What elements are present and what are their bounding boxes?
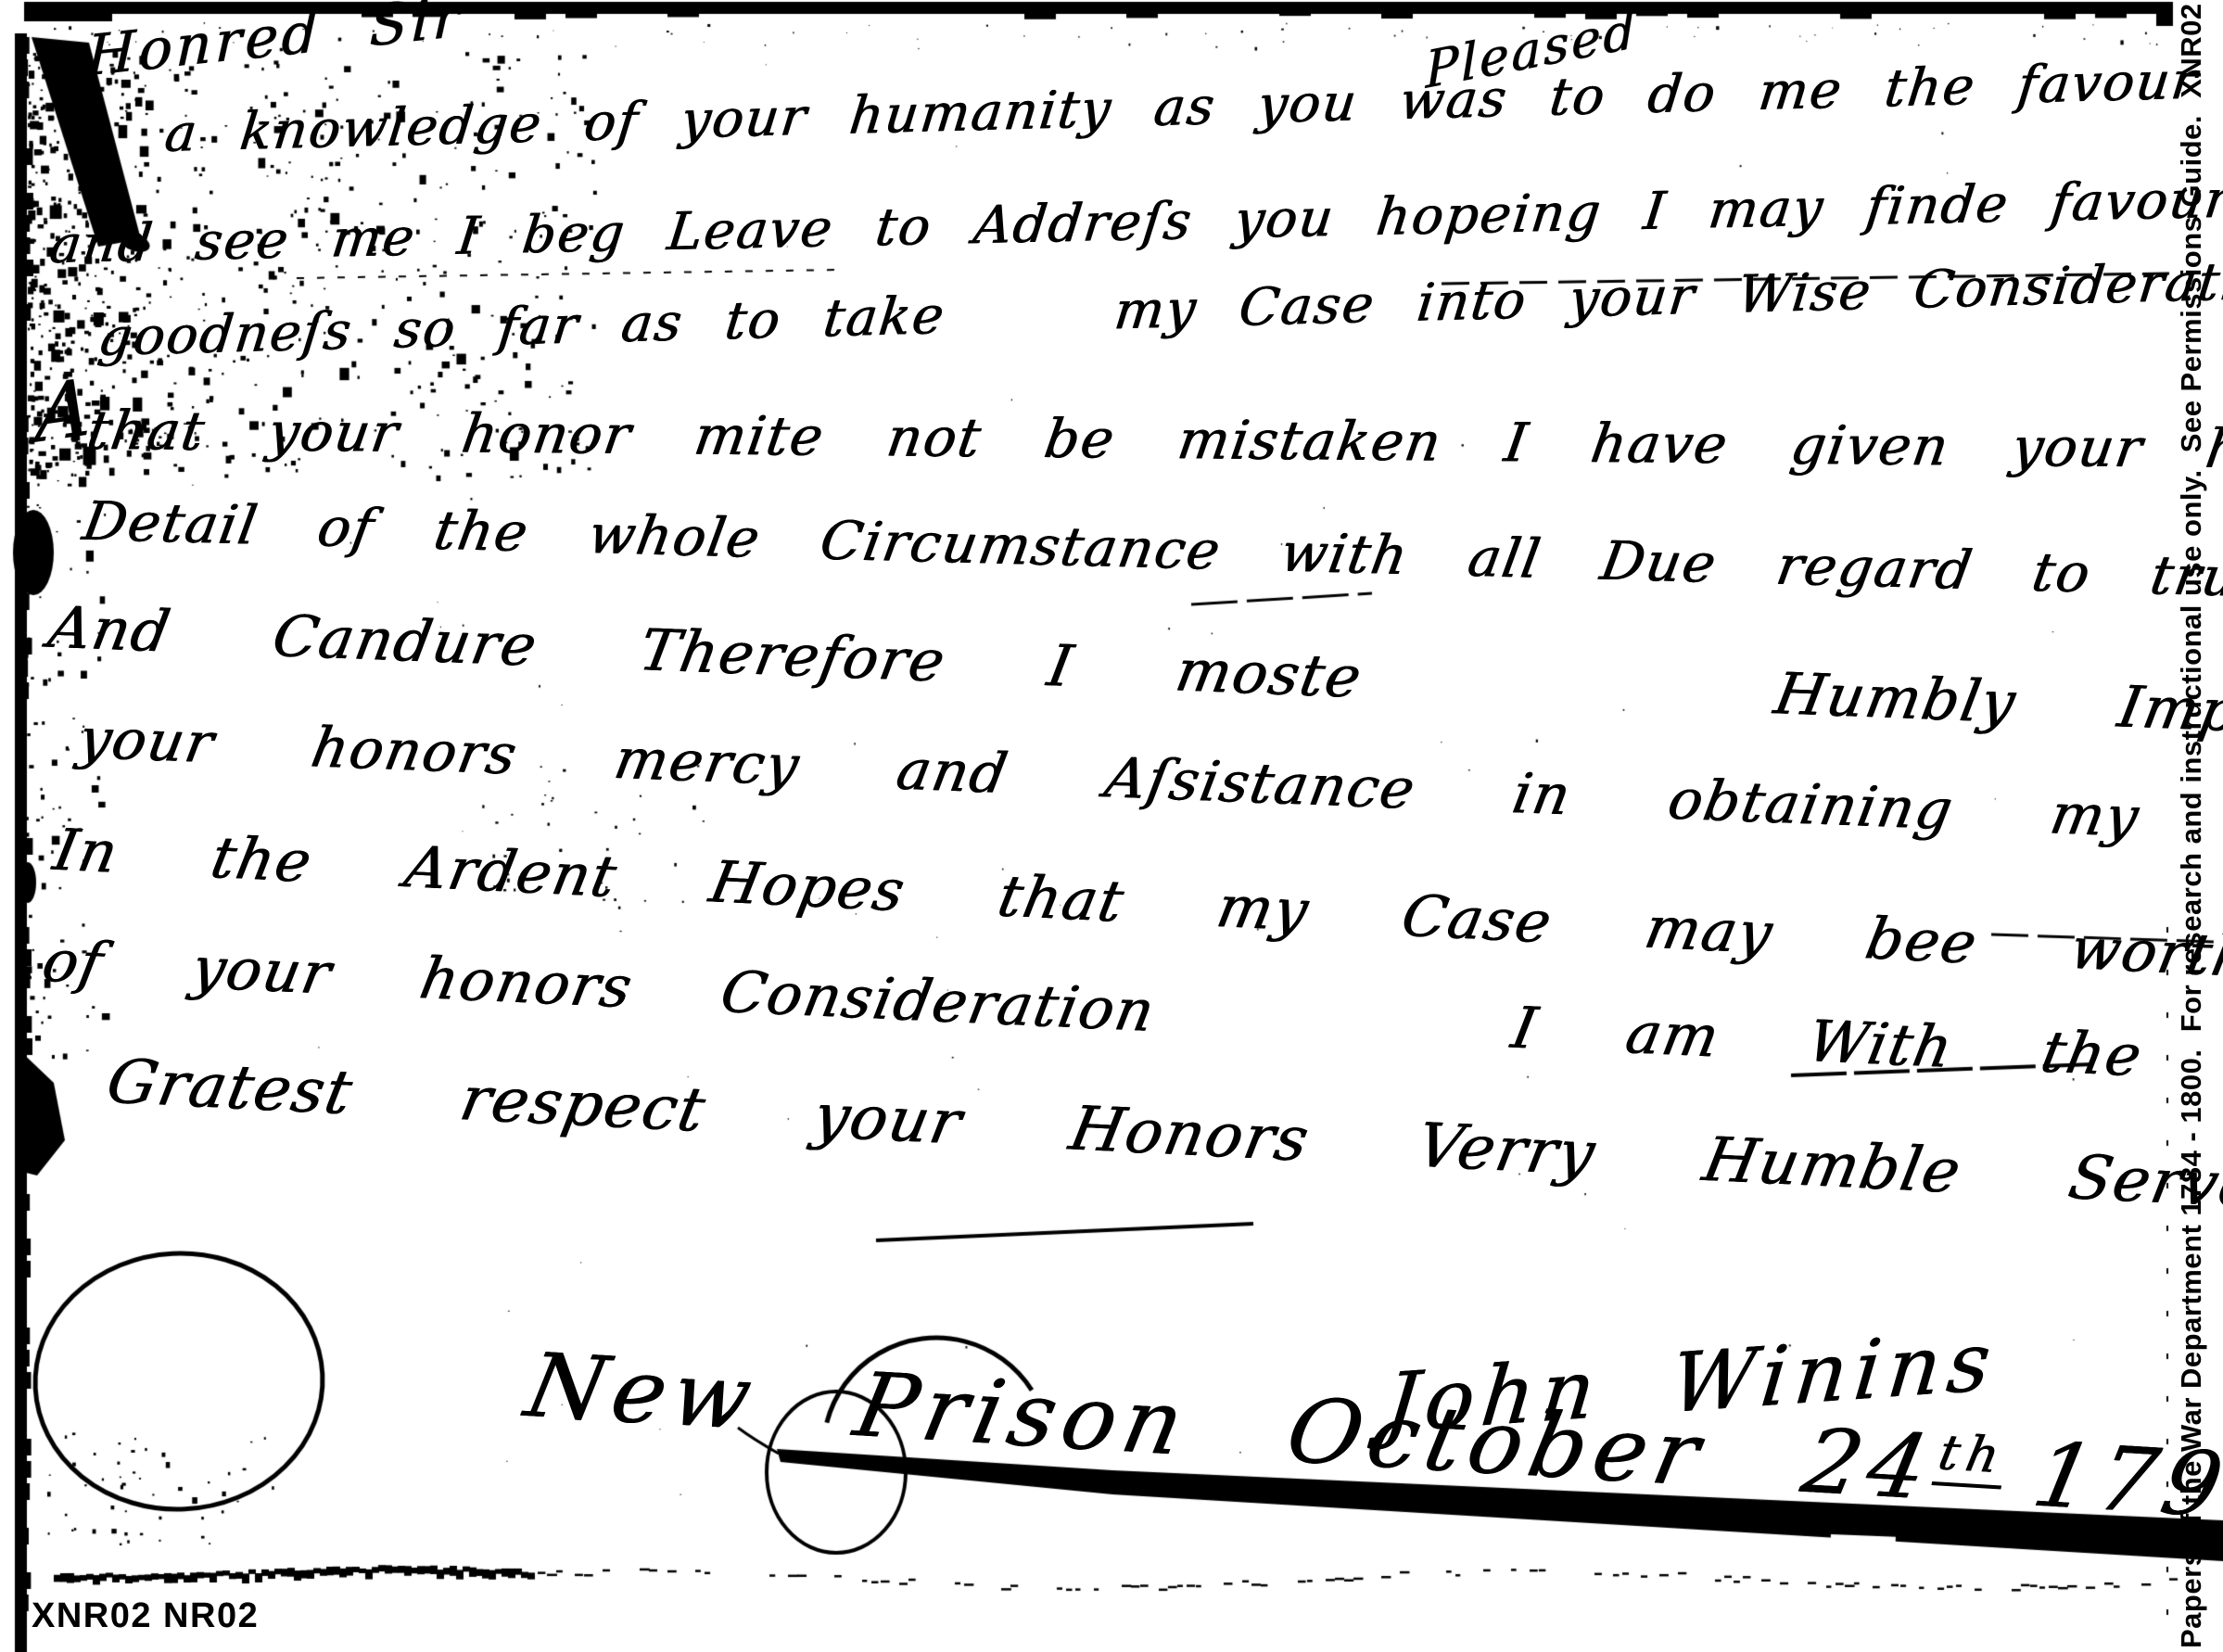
- archive-id-label: XNR02 NR02: [32, 1596, 259, 1636]
- scanned-letter-page: Honred Sir Pleased a knowledge of your h…: [0, 0, 2223, 1652]
- margin-initial: A: [34, 362, 94, 462]
- archive-sidebar-text: Papers of the War Department 1784 - 1800…: [2175, 3, 2208, 1648]
- dateline-ordinal: th: [1931, 1425, 2013, 1490]
